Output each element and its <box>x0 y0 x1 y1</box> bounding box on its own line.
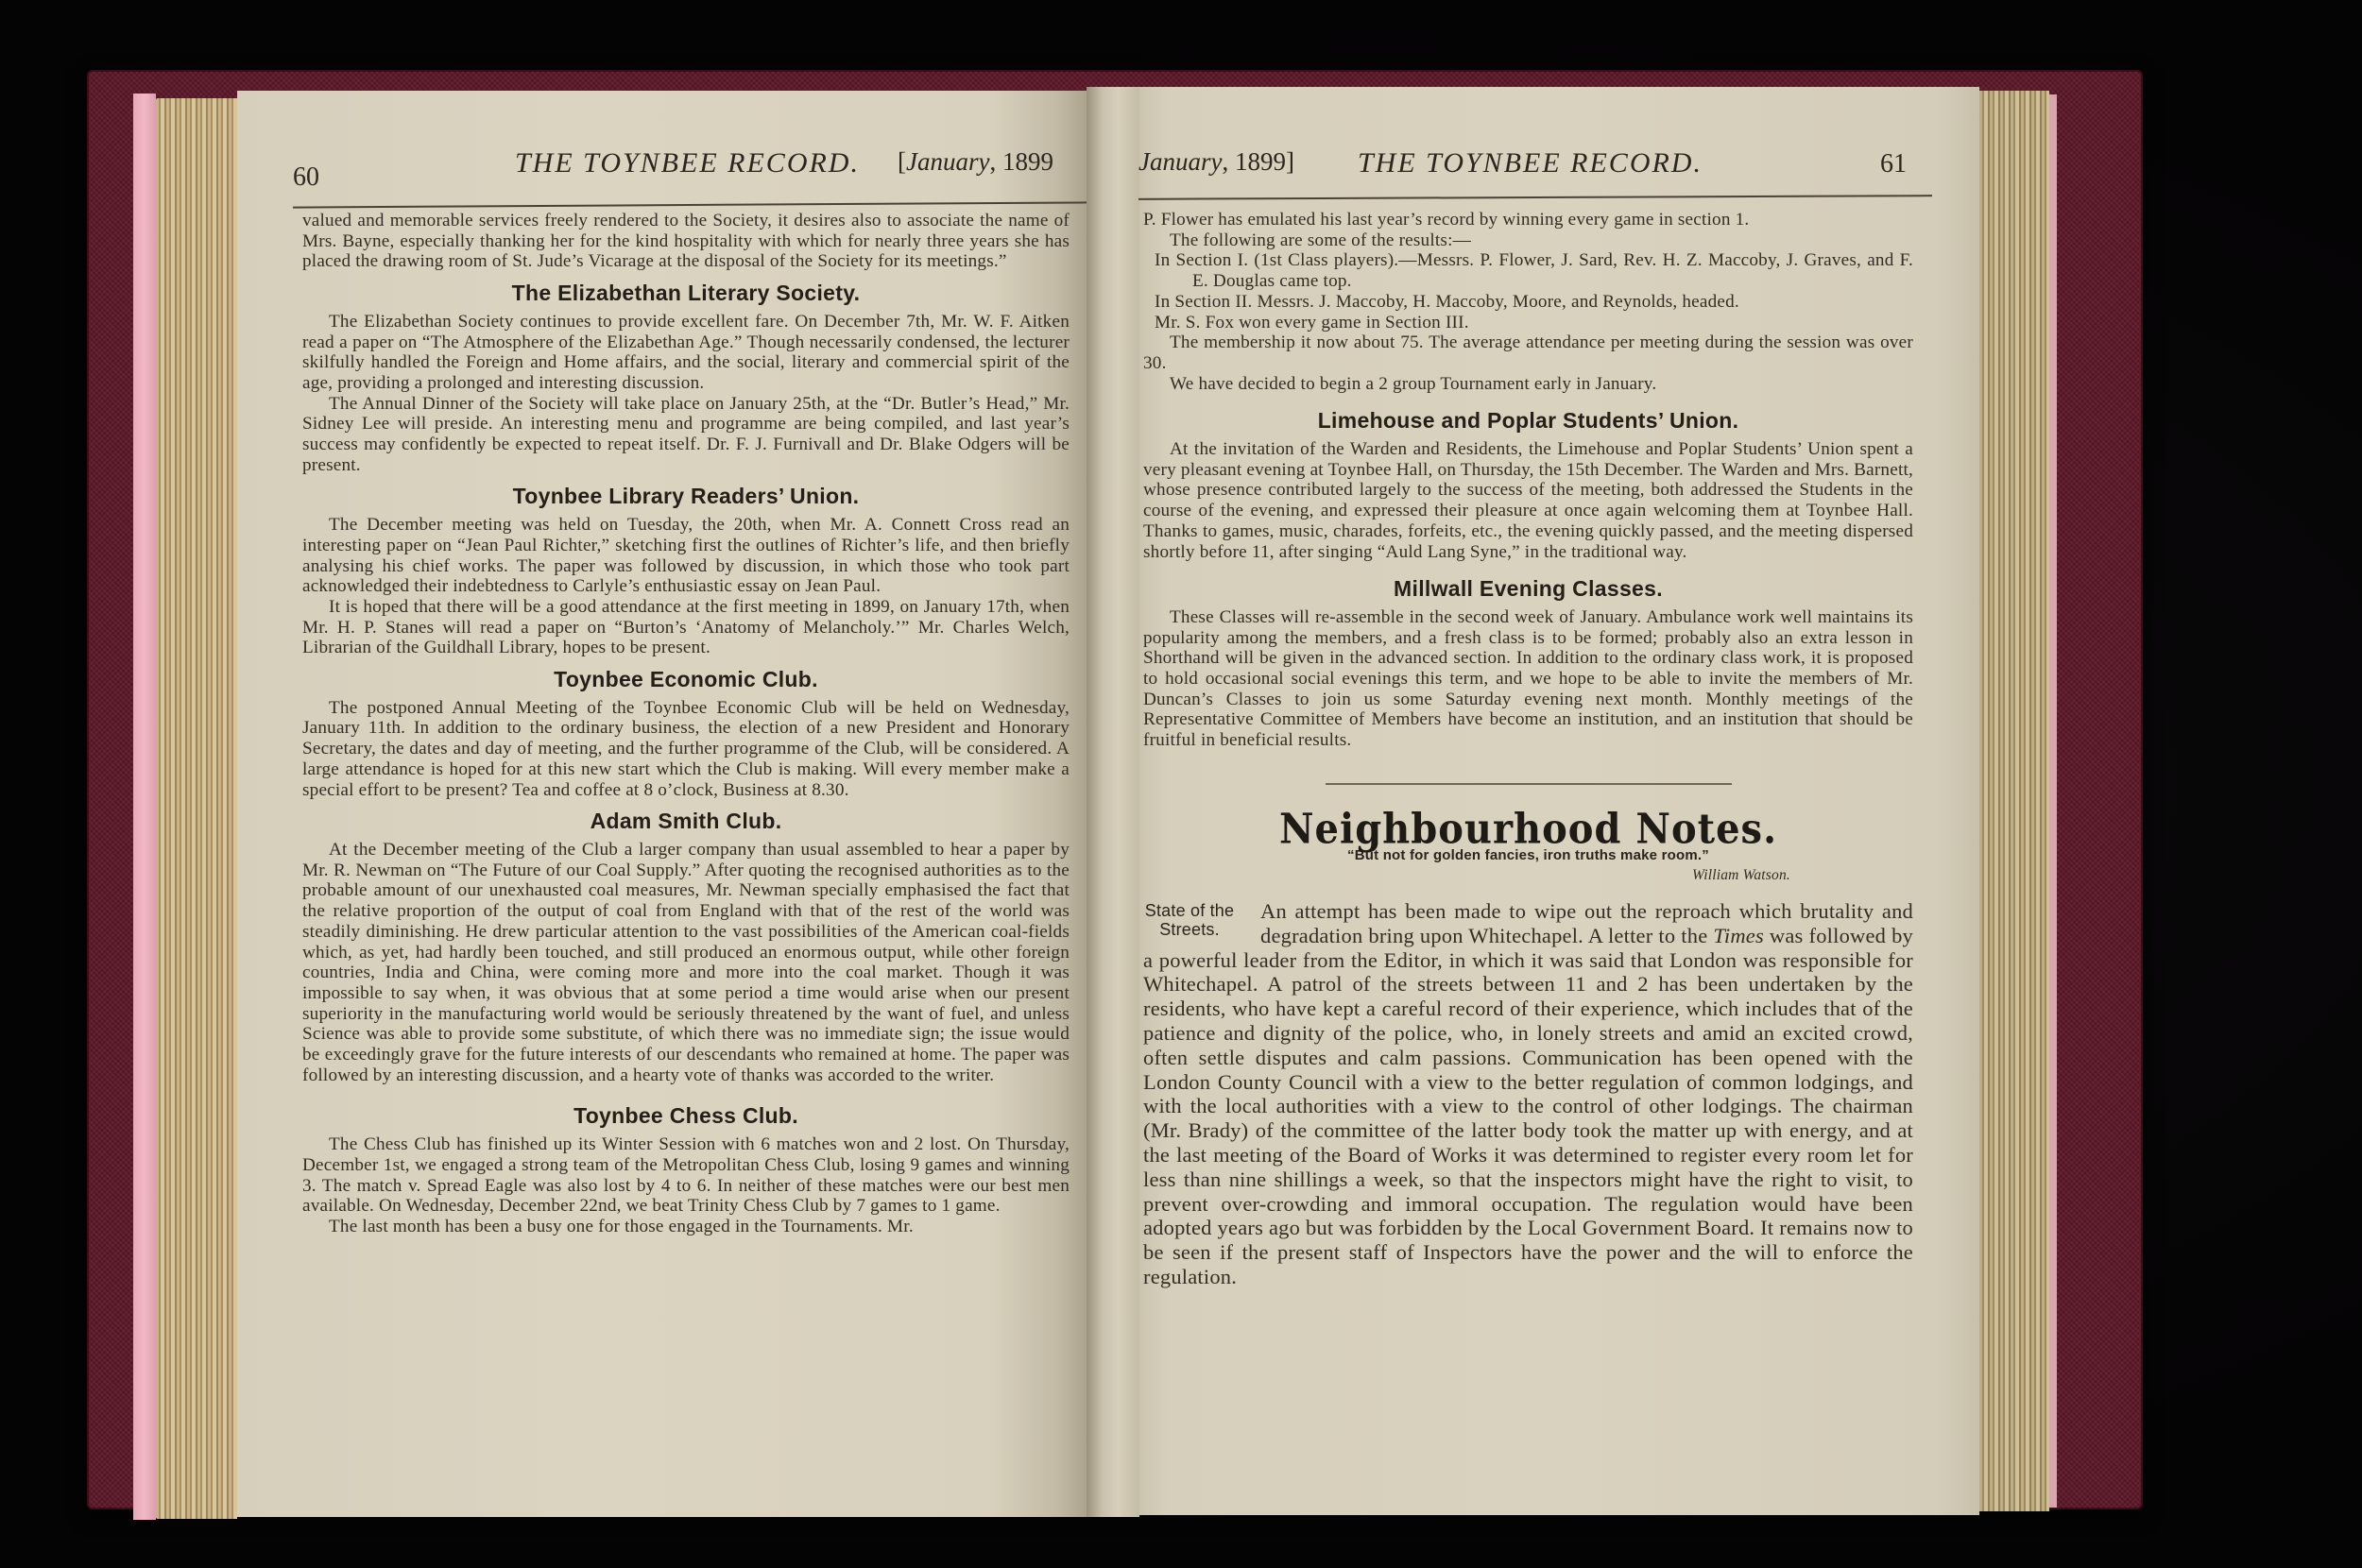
paragraph: We have decided to begin a 2 group Tourn… <box>1143 374 1913 395</box>
result-item: Mr. S. Fox won every game in Section III… <box>1143 313 1913 333</box>
result-item: In Section I. (1st Class players).—Messr… <box>1143 250 1913 291</box>
page-edges-left <box>156 98 237 1519</box>
paragraph: The following are some of the results:— <box>1143 230 1913 251</box>
paragraph: At the December meeting of the Club a la… <box>302 840 1070 1085</box>
left-page-text: valued and memorable services freely ren… <box>302 211 1070 1237</box>
section-divider-rule <box>1326 783 1732 785</box>
epigraph-attribution: William Watson. <box>1143 865 1913 886</box>
paragraph: The December meeting was held on Tuesday… <box>302 515 1070 597</box>
text-run: was followed by a powerful leader from t… <box>1143 924 1913 1288</box>
right-running-head: January, 1899] THE TOYNBEE RECORD. 61 <box>1138 142 1932 198</box>
pink-flyleaf-edge-left <box>133 94 156 1520</box>
left-running-head: 60 THE TOYNBEE RECORD. [January, 1899 <box>293 142 1087 198</box>
bracket: [ <box>898 147 906 176</box>
running-title: THE TOYNBEE RECORD. <box>515 147 860 179</box>
section-title: Toynbee Library Readers’ Union. <box>302 486 1070 507</box>
section-title: Adam Smith Club. <box>302 811 1070 832</box>
date-year: , 1899] <box>1222 147 1294 176</box>
paragraph: These Classes will re-assemble in the se… <box>1143 607 1913 751</box>
running-date: January, 1899] <box>1138 147 1294 177</box>
paragraph: It is hoped that there will be a good at… <box>302 597 1070 658</box>
date-year: , 1899 <box>989 147 1053 176</box>
paragraph: An attempt has been made to wipe out the… <box>1143 899 1913 1289</box>
italic-newspaper-title: Times <box>1713 924 1764 947</box>
marginal-sidenote: State of the Streets. <box>1143 901 1236 939</box>
paragraph: The last month has been a busy one for t… <box>302 1217 1070 1237</box>
section-title: Millwall Evening Classes. <box>1143 579 1913 600</box>
paragraph: The Chess Club has finished up its Winte… <box>302 1134 1070 1217</box>
neighbourhood-notes-body: State of the Streets. An attempt has bee… <box>1143 899 1913 1289</box>
paragraph: The Elizabethan Society continues to pro… <box>302 312 1070 394</box>
page-number: 61 <box>1880 149 1907 179</box>
page-number: 60 <box>293 162 319 193</box>
paragraph: The Annual Dinner of the Society will ta… <box>302 394 1070 476</box>
paragraph: At the invitation of the Warden and Resi… <box>1143 439 1913 562</box>
running-date: [January, 1899 <box>898 147 1053 177</box>
book-gutter <box>1087 87 1139 1517</box>
scan-background: 60 THE TOYNBEE RECORD. [January, 1899 va… <box>0 0 2362 1568</box>
page-edges-right <box>1979 91 2049 1511</box>
pink-flyleaf-edge-right <box>2049 94 2057 1508</box>
date-month: January <box>906 147 989 176</box>
running-title: THE TOYNBEE RECORD. <box>1358 147 1703 179</box>
neighbourhood-notes-title: Neighbourhood Notes. <box>1143 818 1913 841</box>
continued-paragraph: P. Flower has emulated his last year’s r… <box>1143 210 1913 230</box>
paragraph: The membership it now about 75. The aver… <box>1143 332 1913 373</box>
result-item: In Section II. Messrs. J. Maccoby, H. Ma… <box>1143 292 1913 313</box>
section-title: Toynbee Economic Club. <box>302 670 1070 690</box>
date-month: January <box>1138 147 1222 176</box>
section-title: Toynbee Chess Club. <box>302 1106 1070 1127</box>
continued-paragraph: valued and memorable services freely ren… <box>302 211 1070 272</box>
section-title: The Elizabethan Literary Society. <box>302 283 1070 304</box>
paragraph: The postponed Annual Meeting of the Toyn… <box>302 698 1070 801</box>
section-title: Limehouse and Poplar Students’ Union. <box>1143 411 1913 432</box>
right-page-text: P. Flower has emulated his last year’s r… <box>1143 210 1913 1289</box>
